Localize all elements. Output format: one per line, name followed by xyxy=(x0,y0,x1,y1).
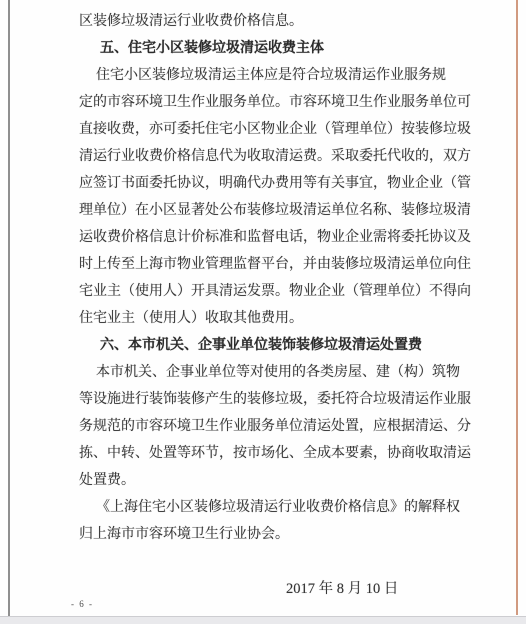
text-line-continuation: 区装修垃圾清运行业收费价格信息。 xyxy=(0,6,526,33)
scanned-document-page: 区装修垃圾清运行业收费价格信息。 五、住宅小区装修垃圾清运收费主体 住宅小区装修… xyxy=(0,0,526,624)
text-line: 处置费。 xyxy=(0,465,526,492)
text-line: 直接收费，亦可委托住宅小区物业企业（管理单位）按装修垃圾 xyxy=(0,114,526,141)
text-line-paragraph-start: 住宅小区装修垃圾清运主体应是符合垃圾清运作业服务规 xyxy=(0,60,526,87)
text-line: 应签订书面委托协议，明确代办费用等有关事宜，物业企业（管 xyxy=(0,168,526,195)
text-line: 理单位）在小区显著处公布装修垃圾清运单位名称、装修垃圾清 xyxy=(0,195,526,222)
page-number: - 6 - xyxy=(71,599,94,609)
screenshot-bottom-strip xyxy=(0,616,526,624)
text-line: 归上海市市容环境卫生行业协会。 xyxy=(0,519,526,546)
document-date: 2017 年 8 月 10 日 xyxy=(0,574,526,601)
text-line: 拣、中转、处置等环节，按市场化、全成本要素，协商收取清运 xyxy=(0,438,526,465)
text-line: 宅业主（使用人）开具清运发票。物业企业（管理单位）不得向 xyxy=(0,276,526,303)
text-line-paragraph-start: 《上海住宅小区装修垃圾清运行业收费价格信息》的解释权 xyxy=(0,492,526,519)
text-line: 定的市容环境卫生作业服务单位。市容环境卫生作业服务单位可 xyxy=(0,87,526,114)
section-5-heading: 五、住宅小区装修垃圾清运收费主体 xyxy=(0,33,526,60)
document-body: 区装修垃圾清运行业收费价格信息。 五、住宅小区装修垃圾清运收费主体 住宅小区装修… xyxy=(0,6,526,546)
text-line: 运收费价格信息计价标准和监督电话，物业企业需将委托协议及 xyxy=(0,222,526,249)
text-line: 等设施进行装饰装修产生的装修垃圾，委托符合垃圾清运作业服 xyxy=(0,384,526,411)
text-line: 清运行业收费价格信息代为收取清运费。采取委托代收的，双方 xyxy=(0,141,526,168)
text-line-paragraph-start: 本市机关、企事业单位等对使用的各类房屋、建（构）筑物 xyxy=(0,357,526,384)
text-line: 时上传至上海市物业管理监督平台，并由装修垃圾清运单位向住 xyxy=(0,249,526,276)
text-line: 务规范的市容环境卫生作业服务单位清运处置，应根据清运、分 xyxy=(0,411,526,438)
text-line: 住宅业主（使用人）收取其他费用。 xyxy=(0,303,526,330)
section-6-heading: 六、本市机关、企事业单位装饰装修垃圾清运处置费 xyxy=(0,330,526,357)
